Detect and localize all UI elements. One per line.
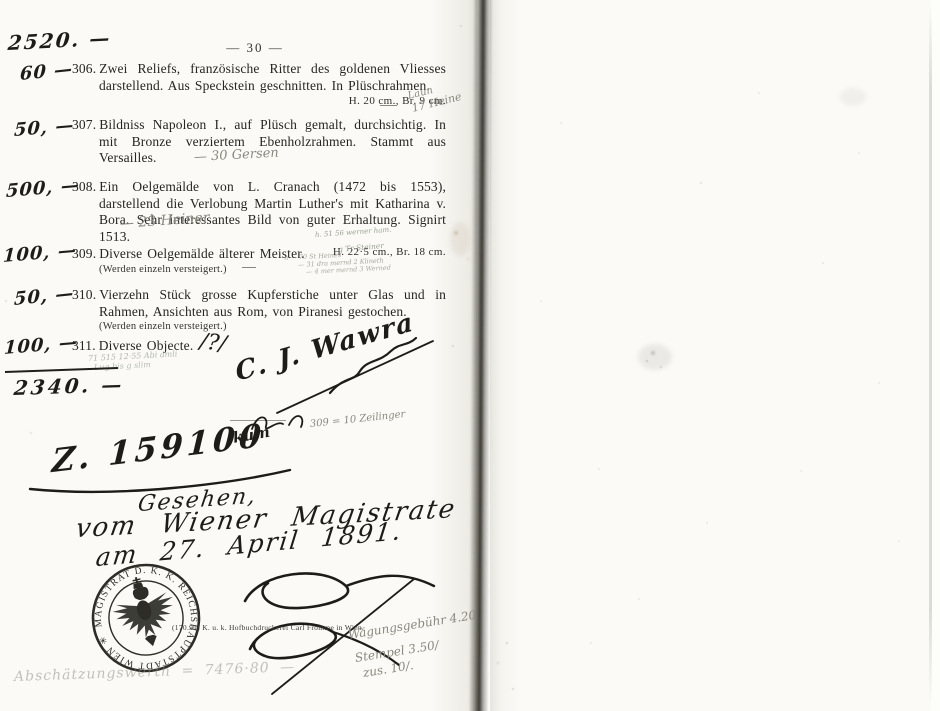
ink-flourish-signature: [330, 338, 416, 393]
scanned-book-page: 2520. — — 30 — 60 — 306.Zwei Reliefs, fr…: [0, 0, 940, 711]
printer-imprint: (170.91) K. u. k. Hofbuchdruckerei Carl …: [172, 623, 364, 632]
ink-squiggle: [252, 416, 302, 429]
blank-page-right: [490, 0, 931, 711]
page-right-edge: [929, 6, 932, 705]
file-number-underline: [30, 470, 290, 492]
ink-flourish-overlay: [0, 0, 477, 711]
smudge-mark: [638, 344, 672, 370]
signature-flourish-upper: [245, 573, 348, 608]
signature-flourish-tail: [346, 576, 434, 586]
smudge-mark: [840, 88, 866, 106]
